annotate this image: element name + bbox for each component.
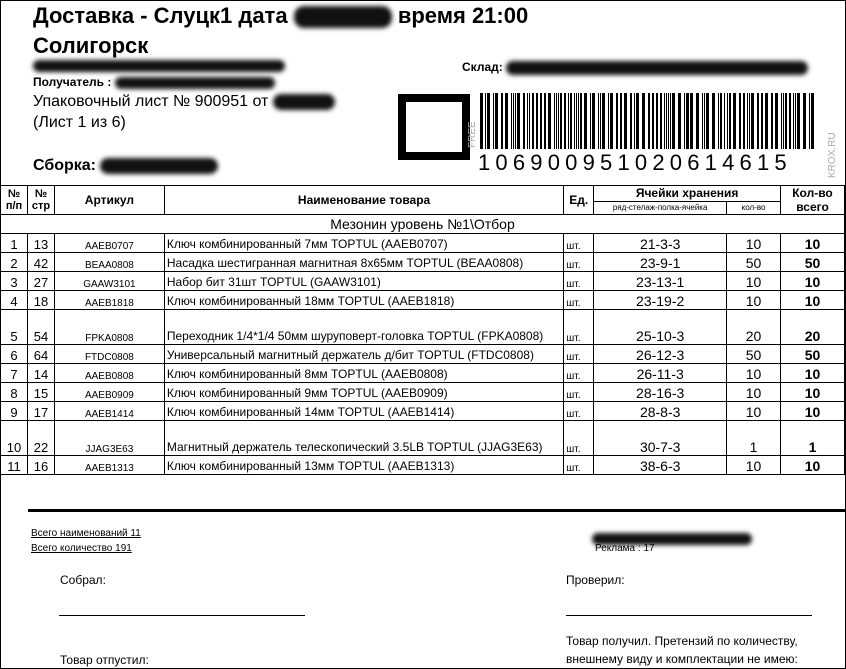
table-row: 242BEAA0808Насадка шестигранная магнитна… — [1, 253, 845, 272]
row-name: Ключ комбинированный 8мм TOPTUL (AAEB080… — [164, 364, 563, 383]
row-unit: шт. — [564, 456, 594, 475]
row-total: 50 — [781, 253, 845, 272]
row-name: Универсальный магнитный держатель д/бит … — [164, 345, 563, 364]
row-page: 64 — [27, 345, 54, 364]
row-cell: 23-9-1 — [594, 253, 727, 272]
row-page: 22 — [27, 421, 54, 456]
received-statement-line2: внешнему виду и комплектации не имею: — [566, 652, 798, 666]
col-header-name: Наименование товара — [164, 186, 563, 215]
table-row: 113AAEB0707Ключ комбинированный 7мм TOPT… — [1, 234, 845, 253]
items-table: № п/п № стр Артикул Наименование товара … — [0, 185, 845, 475]
city: Солигорск — [33, 32, 148, 60]
table-row: 815AAEB0909Ключ комбинированный 9мм TOPT… — [1, 383, 845, 402]
redacted-recipient — [115, 77, 275, 89]
row-number: 1 — [1, 234, 28, 253]
row-article: AAEB0707 — [54, 234, 164, 253]
row-page: 13 — [27, 234, 54, 253]
row-name: Ключ комбинированный 13мм TOPTUL (AAEB13… — [164, 456, 563, 475]
row-article: AAEB1313 — [54, 456, 164, 475]
row-cell-qty: 10 — [727, 364, 781, 383]
row-unit: шт. — [564, 310, 594, 345]
row-cell: 26-12-3 — [594, 345, 727, 364]
total-quantity: Всего количество 191 — [31, 543, 132, 554]
row-cell-qty: 10 — [727, 456, 781, 475]
row-total: 10 — [781, 291, 845, 310]
row-cell: 28-8-3 — [594, 402, 727, 421]
col-header-cells-location: ряд-стелаж-полка-ячейка — [594, 201, 727, 214]
table-row: 664FTDC0808Универсальный магнитный держа… — [1, 345, 845, 364]
divider — [28, 509, 846, 512]
row-cell-qty: 10 — [727, 272, 781, 291]
row-unit: шт. — [564, 402, 594, 421]
row-article: BEAA0808 — [54, 253, 164, 272]
row-number: 5 — [1, 310, 28, 345]
packing-list-label: Упаковочный лист № 900951 от — [33, 93, 268, 110]
row-name: Магнитный держатель телескопический 3.5L… — [164, 421, 563, 456]
sender — [33, 58, 285, 72]
row-cell: 38-6-3 — [594, 456, 727, 475]
row-total: 10 — [781, 456, 845, 475]
col-header-cells: Ячейки хранения — [594, 186, 781, 202]
row-number: 10 — [1, 421, 28, 456]
row-cell-qty: 10 — [727, 383, 781, 402]
row-page: 16 — [27, 456, 54, 475]
table-row: 714AAEB0808Ключ комбинированный 8мм TOPT… — [1, 364, 845, 383]
row-total: 20 — [781, 310, 845, 345]
section-header: Мезонин уровень №1\Отбор — [1, 215, 845, 234]
ads-count: Реклама : 17 — [595, 543, 655, 554]
table-row: 1116AAEB1313Ключ комбинированный 13мм TO… — [1, 456, 845, 475]
row-page: 54 — [27, 310, 54, 345]
row-cell-qty: 50 — [727, 253, 781, 272]
checked-label: Проверил: — [566, 573, 625, 587]
row-unit: шт. — [564, 272, 594, 291]
row-page: 42 — [27, 253, 54, 272]
row-total: 50 — [781, 345, 845, 364]
row-unit: шт. — [564, 253, 594, 272]
row-name: Ключ комбинированный 9мм TOPTUL (AAEB090… — [164, 383, 563, 402]
row-unit: шт. — [564, 364, 594, 383]
row-name: Ключ комбинированный 14мм TOPTUL (AAEB14… — [164, 402, 563, 421]
row-total: 10 — [781, 272, 845, 291]
table-row: 917AAEB1414Ключ комбинированный 14мм TOP… — [1, 402, 845, 421]
row-article: AAEB0808 — [54, 364, 164, 383]
row-page: 18 — [27, 291, 54, 310]
row-cell-qty: 10 — [727, 291, 781, 310]
row-article: FTDC0808 — [54, 345, 164, 364]
row-article: AAEB1414 — [54, 402, 164, 421]
row-cell: 23-19-2 — [594, 291, 727, 310]
row-cell: 21-3-3 — [594, 234, 727, 253]
row-cell: 25-10-3 — [594, 310, 727, 345]
table-row: 554FPKA0808Переходник 1/4*1/4 50мм шуруп… — [1, 310, 845, 345]
redacted-assembly — [100, 158, 218, 174]
packing-list-number: Упаковочный лист № 900951 от — [33, 92, 335, 112]
col-header-page: № стр — [27, 186, 54, 215]
redacted-warehouse — [506, 61, 808, 75]
barcode — [480, 93, 816, 149]
sheet-info: (Лист 1 из 6) — [33, 113, 126, 133]
row-cell-qty: 10 — [727, 234, 781, 253]
row-number: 4 — [1, 291, 28, 310]
row-cell: 23-13-1 — [594, 272, 727, 291]
row-article: AAEB1818 — [54, 291, 164, 310]
row-name: Набор бит 31шт TOPTUL (GAAW3101) — [164, 272, 563, 291]
table-row: 418AAEB1818Ключ комбинированный 18мм TOP… — [1, 291, 845, 310]
row-cell: 28-16-3 — [594, 383, 727, 402]
row-cell: 26-11-3 — [594, 364, 727, 383]
title-time: время 21:00 — [398, 3, 528, 28]
row-page: 14 — [27, 364, 54, 383]
row-article: FPKA0808 — [54, 310, 164, 345]
row-cell-qty: 1 — [727, 421, 781, 456]
row-name: Ключ комбинированный 7мм TOPTUL (AAEB070… — [164, 234, 563, 253]
row-page: 17 — [27, 402, 54, 421]
col-header-total: Кол-во всего — [781, 186, 845, 215]
checked-signature-line — [566, 615, 812, 616]
row-cell: 30-7-3 — [594, 421, 727, 456]
row-cell-qty: 50 — [727, 345, 781, 364]
row-total: 10 — [781, 234, 845, 253]
row-number: 11 — [1, 456, 28, 475]
row-total: 10 — [781, 383, 845, 402]
square-marker-icon — [398, 94, 470, 160]
page-title: Доставка - Слуцк1 дата время 21:00 — [33, 2, 528, 30]
row-total: 10 — [781, 402, 845, 421]
table-row: 1022JJAG3E63Магнитный держатель телескоп… — [1, 421, 845, 456]
row-number: 2 — [1, 253, 28, 272]
row-unit: шт. — [564, 291, 594, 310]
assembly: Сборка: — [33, 156, 218, 176]
barcode-number: 106900951020614615 — [478, 150, 792, 176]
row-article: AAEB0909 — [54, 383, 164, 402]
row-unit: шт. — [564, 421, 594, 456]
redacted-date — [294, 6, 392, 28]
row-unit: шт. — [564, 383, 594, 402]
row-number: 7 — [1, 364, 28, 383]
row-unit: шт. — [564, 345, 594, 364]
row-article: GAAW3101 — [54, 272, 164, 291]
barcode-watermark-left: FREE — [467, 121, 478, 148]
col-header-unit: Ед. — [564, 186, 594, 215]
col-header-cells-qty: кол-во — [727, 201, 781, 214]
recipient: Получатель : — [33, 75, 275, 89]
redacted-packlist-date — [273, 94, 335, 110]
row-number: 9 — [1, 402, 28, 421]
barcode-watermark-right: KROX.RU — [827, 132, 838, 178]
row-number: 6 — [1, 345, 28, 364]
assembly-label: Сборка: — [33, 157, 96, 174]
row-number: 3 — [1, 272, 28, 291]
col-header-article: Артикул — [54, 186, 164, 215]
row-page: 27 — [27, 272, 54, 291]
row-total: 10 — [781, 364, 845, 383]
row-article: JJAG3E63 — [54, 421, 164, 456]
title-prefix: Доставка - Слуцк1 дата — [33, 3, 288, 28]
row-name: Ключ комбинированный 18мм TOPTUL (AAEB18… — [164, 291, 563, 310]
collected-label: Собрал: — [60, 573, 106, 587]
row-cell-qty: 10 — [727, 402, 781, 421]
received-statement-line1: Товар получил. Претензий по количеству, — [566, 634, 798, 648]
warehouse: Склад: — [462, 60, 808, 75]
recipient-label: Получатель : — [33, 75, 111, 89]
row-name: Насадка шестигранная магнитная 8x65мм TO… — [164, 253, 563, 272]
warehouse-label: Склад: — [462, 60, 503, 74]
collected-signature-line — [59, 615, 305, 616]
row-total: 1 — [781, 421, 845, 456]
row-name: Переходник 1/4*1/4 50мм шуруповерт-голов… — [164, 310, 563, 345]
row-page: 15 — [27, 383, 54, 402]
row-number: 8 — [1, 383, 28, 402]
total-names: Всего наименований 11 — [31, 528, 141, 539]
table-row: 327GAAW3101Набор бит 31шт TOPTUL (GAAW31… — [1, 272, 845, 291]
col-header-num: № п/п — [1, 186, 28, 215]
row-cell-qty: 20 — [727, 310, 781, 345]
released-label: Товар отпустил: — [60, 653, 149, 667]
redacted-sender — [33, 60, 285, 72]
row-unit: шт. — [564, 234, 594, 253]
